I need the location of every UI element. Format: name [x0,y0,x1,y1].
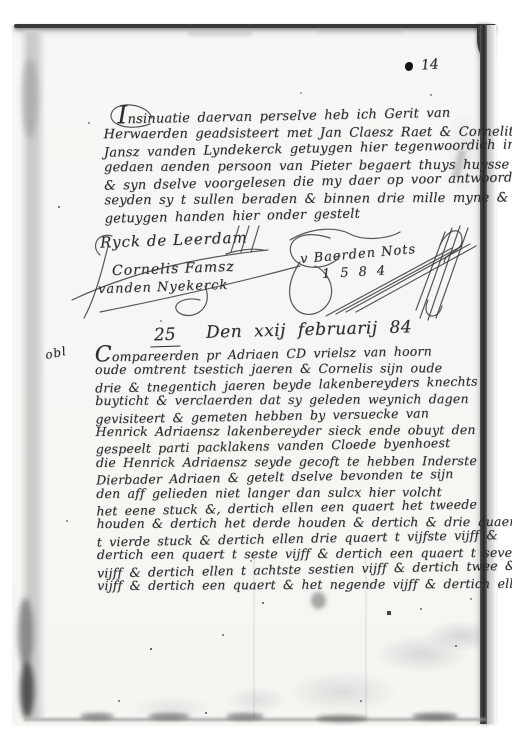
edge-smudge [188,31,252,36]
paper-specks [0,0,2,2]
bottom-edge-stain [80,713,114,720]
bottom-edge-stain [316,715,368,722]
gutter-stain [22,58,38,138]
page-edge-top [14,24,496,28]
edge-smudge [318,29,402,33]
act-number: 25 [150,324,180,347]
bottom-edge-stain [412,713,458,720]
gutter-stain [20,662,34,718]
manuscript-scan: 14 Insinuatie daervan perselve heb ich G… [0,0,512,754]
manuscript-paragraph-2: Compareerden pr Adriaen CD vrielsz van h… [95,344,478,594]
folio-number: 14 [420,56,439,73]
gutter-stain [18,598,33,668]
manuscript-line: vijff & dertich een quaert & het negende… [97,576,477,593]
bottom-edge-stain [226,713,264,720]
paper-stain [311,592,326,609]
manuscript-paragraph-1: Insinuatie daervan perselve heb ich Geri… [103,105,470,227]
bottom-edge-stain [148,713,190,720]
